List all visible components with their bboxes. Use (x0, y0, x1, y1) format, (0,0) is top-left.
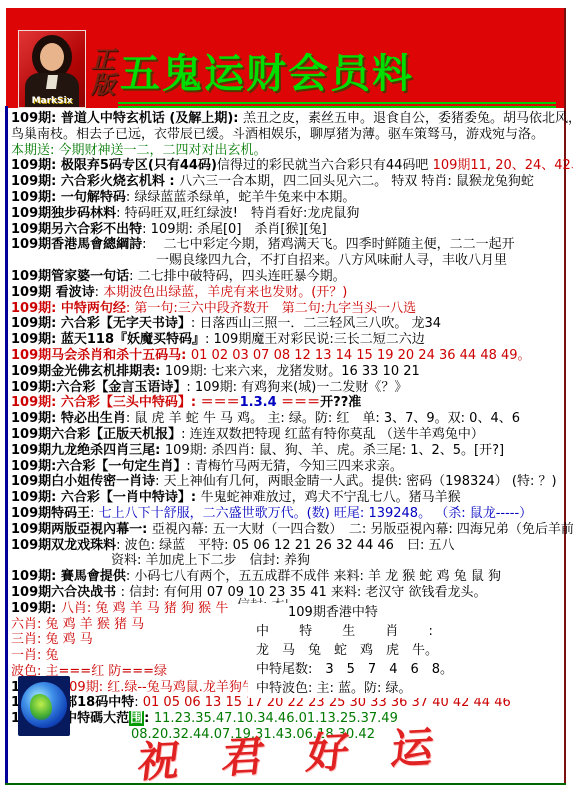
content-line-28: 109期双龙戏珠料: 波色: 绿蓝 平特: 05 06 12 21 26 32 … (11, 538, 563, 554)
content-line-6: 109期: 一句解特码: 绿绿蓝蓝杀绿单，蛇羊牛兔来中本期。 (11, 190, 563, 206)
content-line-18: 109期:六合彩【金言玉语诗】: 109期: 有鸡狗来(城)一二发财《？》 (11, 380, 563, 396)
edition-label: 正版 (90, 48, 116, 98)
portrait-face (40, 43, 64, 71)
content-line-13: 109期: 中特两句经: 第一句:三六中段齐数开 第二句:九字当头一八选 (11, 301, 563, 317)
content-line-8: 109期另六合彩不出特: 109期: 杀尾[0] 杀肖[猴][兔] (11, 222, 563, 238)
content-line-20: 109期: 特必出生肖: 鼠 虎 羊 蛇 牛 马 鸡。 主: 绿。防: 红 单:… (11, 411, 563, 427)
hk-zhongte-row-3: 中特尾数: 3 5 7 4 6 8。 (248, 660, 563, 679)
content-line-10: 一赐良缘四九合，不打自招来。八方风味耐人寻，丰收八月里 (11, 253, 563, 269)
content-line-7: 109期独步码林料: 特码旺双,旺红绿波! 特肖看好:龙虎鼠狗 (11, 206, 563, 222)
content-line-5: 109期: 六合彩火烧玄机料 : 八六三一合本期，四二回头见六二。 特双 特肖:… (11, 174, 563, 190)
hk-zhongte-block: 109期香港中特 中 特 生 肖 :龙 马 兔 蛇 鸡 虎 牛。中特尾数: 3 … (248, 603, 563, 698)
content-line-9: 109期香港馬會總綱詩: 二七中彩定今期，猪鸡满天飞。四季时鲜随主便，二二一起开 (11, 237, 563, 253)
content-line-25: 109期: 六合彩【一肖中特诗】: 牛鬼蛇神难放过，鸡犬不宁乱七八。猪马羊猴 (11, 490, 563, 506)
content-line-30: 109期: 賽馬會提供: 小码七八有两个，五五成群不成伴 来料: 羊 龙 猴 蛇… (11, 569, 563, 585)
content-line-17: 109期金光佛玄机排期表: 109期: 七来六来，龙猪发财。16 33 10 2… (11, 364, 563, 380)
photo-watermark: MarkSix (19, 96, 85, 106)
globe-image (18, 676, 70, 736)
content-line-24: 109期白小姐传密一肖诗: 天上神仙有几何，两眼金睛一人武。提供: 密码（198… (11, 474, 563, 490)
content-line-1: 109期: 普道人中特玄机话 (及解上期): 羔丑之皮，素丝五申。退食自公，委猪… (11, 111, 563, 127)
content-line-22: 109期九龙绝杀四肖三尾: 109期: 杀四肖: 鼠、狗、羊、虎。杀三尾: 1、… (11, 443, 563, 459)
hk-zhongte-row-1: 中 特 生 肖 : (248, 622, 563, 641)
page-title: 五鬼运财会员料 (118, 42, 556, 108)
portrait-photo: MarkSix (18, 30, 86, 108)
left-border (5, 106, 8, 785)
content-line-3: 本期送: 今期财神送一二，二四对对出玄机。 (11, 143, 563, 159)
header-banner: MarkSix 正版 五鬼运财会员料 (6, 8, 564, 108)
portrait-collar (46, 75, 58, 89)
bottom-border (5, 783, 566, 785)
content-line-14: 109期: 六合彩【无字天书诗】: 日落西山三照一．二三轻风三八吹。 龙34 (11, 316, 563, 332)
content-line-4: 109期: 极限弃5码专区(只有44码)信得过的彩民就当六合彩只有44码吧 10… (11, 158, 563, 174)
hk-zhongte-row-2: 龙 马 兔 蛇 鸡 虎 牛。 (248, 641, 563, 660)
content-line-15: 109期: 蓝天118『妖魔买特码』: 109期魔王对彩民说:三长二短二六边 (11, 332, 563, 348)
content-line-29: 资料: 羊加虎上下二步 信封: 养狗 (11, 553, 563, 569)
hk-zhongte-rows: 中 特 生 肖 :龙 马 兔 蛇 鸡 虎 牛。中特尾数: 3 5 7 4 6 8… (248, 622, 563, 698)
content-line-19: 109期: 六合彩【三头中特码】: ＝＝＝1.3.4 ＝＝＝开??准 (11, 395, 563, 411)
content-line-11: 109期管家婆一句话: 二七排中破特码，四头连旺暴今期。 (11, 269, 563, 285)
hk-zhongte-title: 109期香港中特 (248, 603, 563, 622)
content-line-2: 鸟巢南枝。相去子已远，衣带辰已缓。斗酒相娱乐，聊厚猪为薄。驱车策驽马，游戏宛与洛… (11, 127, 563, 143)
content-line-21: 109期六合彩【正版天机报】: 连连双数把特现 红蓝有特你莫乱 （送牛羊鸡兔中） (11, 427, 563, 443)
content-line-23: 109期:六合彩【一句定生肖】: 青梅竹马两无猜，今知三四来求亲。 (11, 459, 563, 475)
globe-land (30, 694, 52, 720)
content-line-27: 109期两版亞視內幕一: 亞視內幕: 五一大财（一四合数） 二: 另版亞視內幕:… (11, 522, 563, 538)
flyer-page: MarkSix 正版 五鬼运财会员料 信封: 木| 109期: 普道人中特玄机话… (0, 0, 573, 790)
content-line-26: 109期特码王: 七上八下十舒服，二六盛世歌万代。(数) 旺尾: 139248。… (11, 506, 563, 522)
content-line-12: 109期 看波诗: 本期波色出绿蓝，羊虎有来也发财。(开？) (11, 285, 563, 301)
hk-zhongte-row-4: 中特波色: 主: 蓝。防: 绿。 (248, 679, 563, 698)
content-line-16: 109期马会杀肖和杀十五码马: 01 02 03 07 08 12 13 14 … (11, 348, 563, 364)
